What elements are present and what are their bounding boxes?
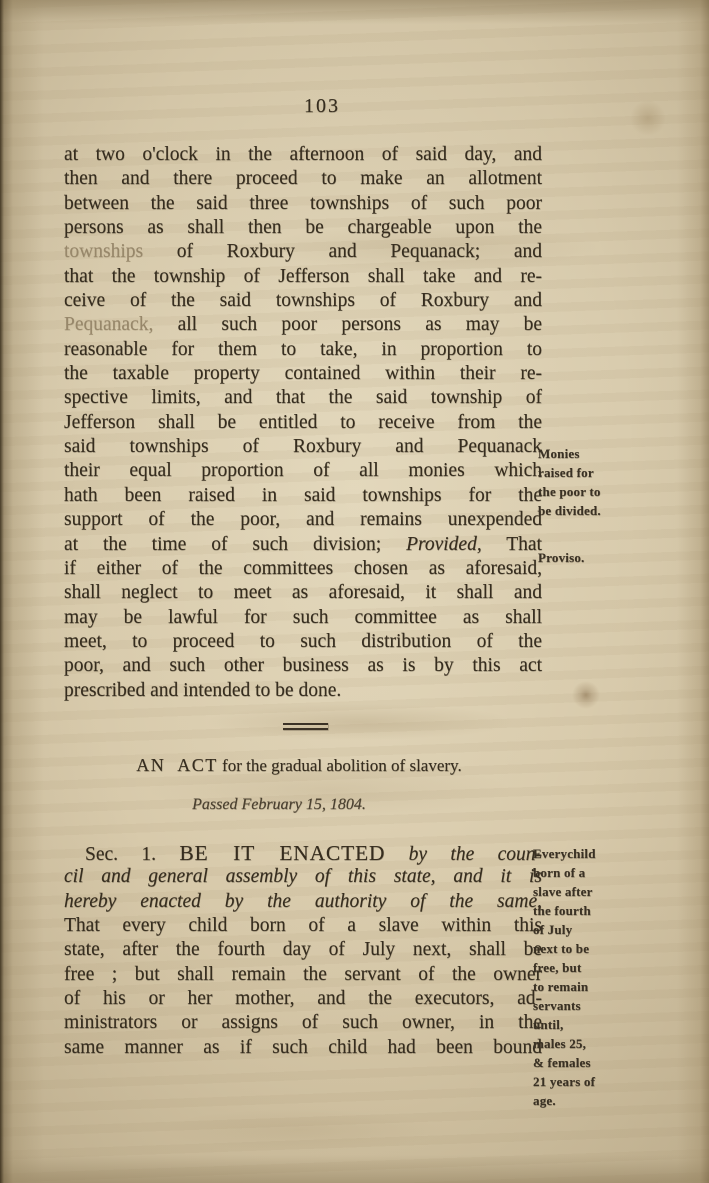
margin-note-line: to remain [533, 977, 648, 996]
text-line: prescribed and intended to be done. [64, 679, 542, 703]
act2-section1-paragraph: Sec. 1. BE IT ENACTED by the coun-cil an… [64, 841, 542, 1060]
text-line: said townships of Roxbury and Pequanack [64, 435, 542, 459]
text-line: if either of the committees chosen as af… [64, 557, 542, 581]
text-line: ceive of the said townships of Roxbury a… [64, 289, 542, 313]
margin-note-line: next to be [533, 939, 648, 958]
text-line: Jefferson shall be entitled to receive f… [64, 411, 542, 435]
act-title-prefix: AN ACT [136, 755, 218, 775]
margin-note-line: Proviso. [538, 548, 653, 567]
margin-note-line: servants [533, 996, 648, 1015]
text-line: free ; but shall remain the servant of t… [64, 963, 542, 987]
text-line: poor, and such other business as is by t… [64, 654, 542, 678]
margin-note-line: born of a [533, 863, 648, 882]
text-line: shall neglect to meet as aforesaid, it s… [64, 581, 542, 605]
margin-note-line: males 25, [533, 1034, 648, 1053]
text-line: hath been raised in said townships for t… [64, 484, 542, 508]
text-line: ministrators or assigns of such owner, i… [64, 1011, 542, 1035]
text-line: at the time of such division; Provided, … [64, 533, 542, 557]
page-number: 103 [290, 95, 354, 118]
section-divider-rule [283, 723, 328, 730]
text-line: the taxable property contained within th… [64, 362, 542, 386]
text-line: meet, to proceed to such distribution of… [64, 630, 542, 654]
text-line: then and there proceed to make an allotm… [64, 167, 542, 191]
margin-note-proviso: Proviso. [538, 548, 653, 567]
margin-note-line: the poor to [538, 482, 653, 501]
margin-note-line: Monies [538, 444, 653, 463]
act-title-rest: for the gradual abolition of slavery. [218, 756, 462, 775]
text-line: at two o'clock in the afternoon of said … [64, 143, 542, 167]
margin-note-line: of July [533, 920, 648, 939]
text-line: same manner as if such child had been bo… [64, 1036, 542, 1060]
text-line: townships of Roxbury and Pequanack; and [64, 240, 542, 264]
text-line: their equal proportion of all monies whi… [64, 459, 542, 483]
margin-note-line: until, [533, 1015, 648, 1034]
margin-note-line: Everychild [533, 844, 648, 863]
text-line: state, after the fourth day of July next… [64, 938, 542, 962]
text-line: That every child born of a slave within … [64, 914, 542, 938]
text-line: Pequanack, all such poor persons as may … [64, 313, 542, 337]
margin-note-monies: Moniesraised forthe poor tobe divided. [538, 444, 653, 520]
margin-note-line: the fourth [533, 901, 648, 920]
text-line: of his or her mother, and the executors,… [64, 987, 542, 1011]
text-line: support of the poor, and remains unexpen… [64, 508, 542, 532]
margin-note-line: slave after [533, 882, 648, 901]
text-line: hereby enacted by the authority of the s… [64, 890, 542, 914]
margin-note-line: be divided. [538, 501, 653, 520]
text-line: Sec. 1. BE IT ENACTED by the coun- [64, 841, 542, 865]
margin-note-line: & females [533, 1053, 648, 1072]
margin-note-line: raised for [538, 463, 653, 482]
text-line: cil and general assembly of this state, … [64, 865, 542, 889]
act1-body-paragraph: at two o'clock in the afternoon of said … [64, 143, 542, 703]
text-line: persons as shall then be chargeable upon… [64, 216, 542, 240]
text-line: that the township of Jefferson shall tak… [64, 265, 542, 289]
margin-note-line: 21 years of [533, 1072, 648, 1091]
act-title: AN ACT for the gradual abolition of slav… [64, 755, 534, 776]
text-line: may be lawful for such committee as shal… [64, 606, 542, 630]
margin-note-line: free, but [533, 958, 648, 977]
text-line: reasonable for them to take, in proporti… [64, 338, 542, 362]
text-line: between the said three townships of such… [64, 192, 542, 216]
margin-note-everychild: Everychildborn of aslave afterthe fourth… [533, 844, 648, 1110]
act-passed-date: Passed February 15, 1804. [64, 796, 494, 814]
margin-note-line: age. [533, 1091, 648, 1110]
book-page: 103 at two o'clock in the afternoon of s… [0, 0, 709, 1183]
text-line: spective limits, and that the said towns… [64, 386, 542, 410]
